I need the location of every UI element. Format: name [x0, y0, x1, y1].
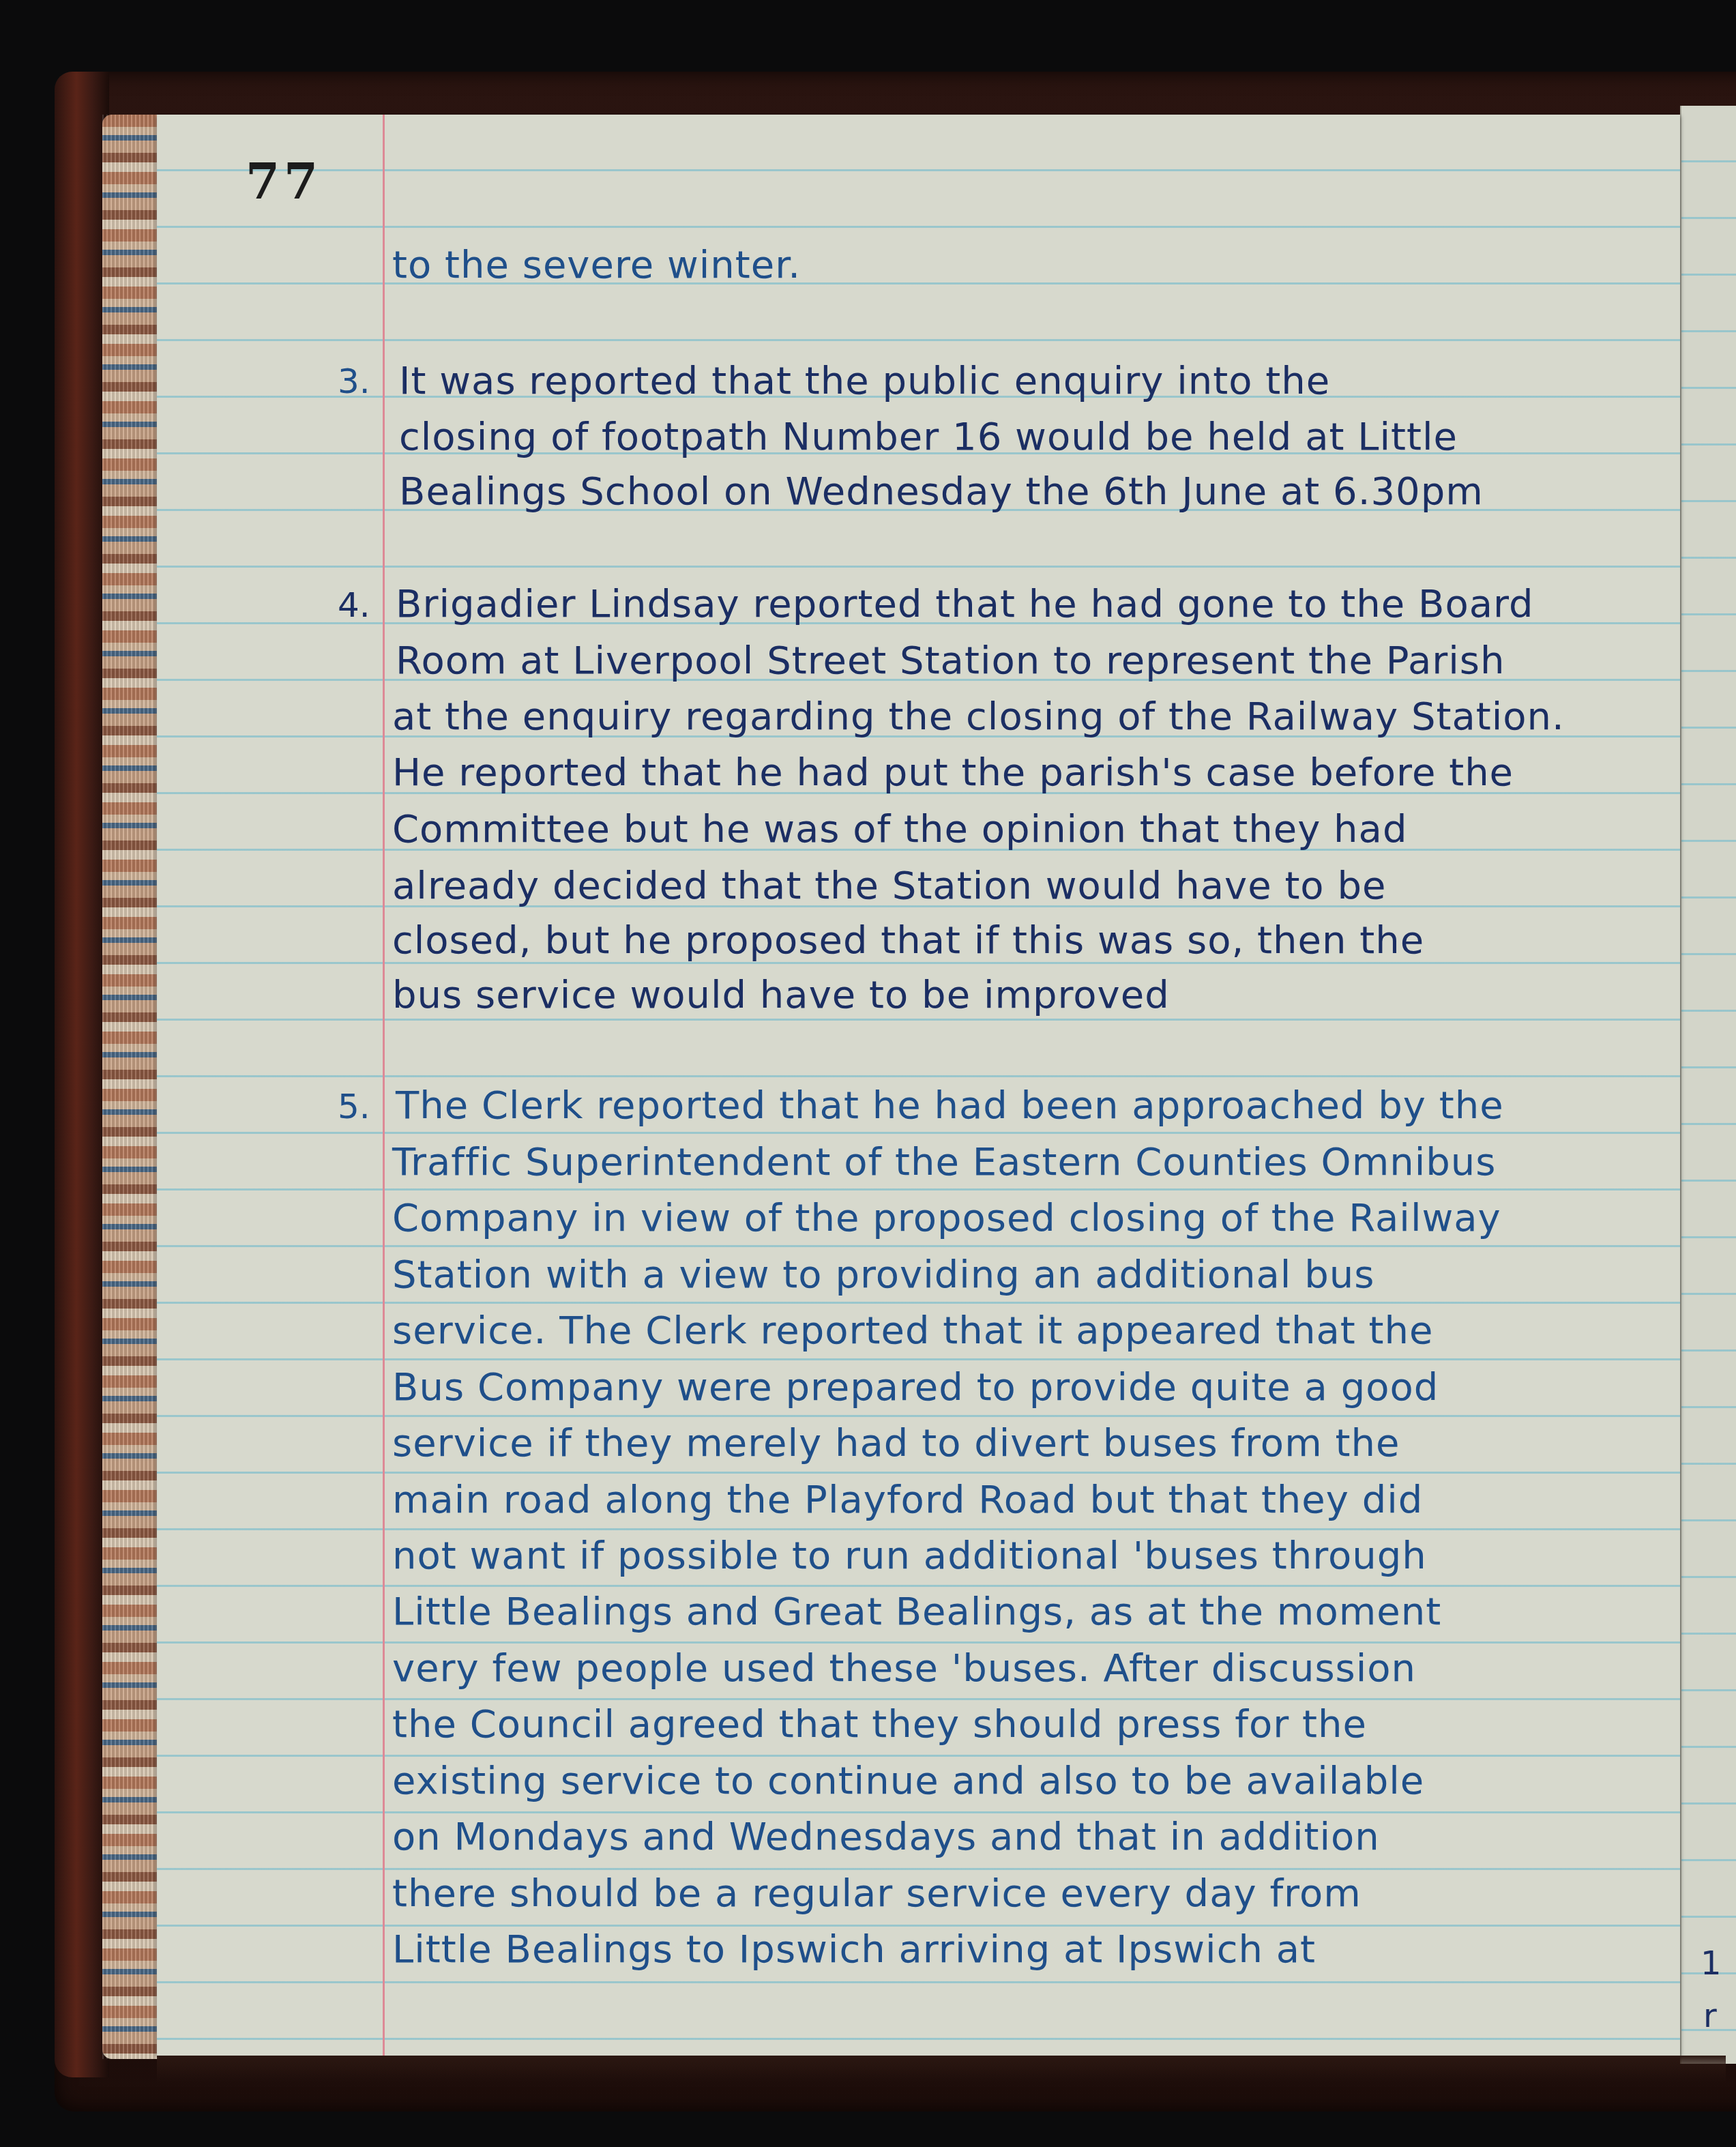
marbled-page-edges [102, 115, 158, 2059]
text-line: He reported that he had put the parish's… [392, 750, 1514, 795]
text-line: bus service would have to be improved [392, 973, 1170, 1017]
text-line: already decided that the Station would h… [392, 864, 1386, 908]
text-line: not want if possible to run additional '… [392, 1534, 1427, 1578]
next-page-edge: 1 r [1680, 106, 1736, 2064]
text-line: service. The Clerk reported that it appe… [392, 1309, 1433, 1353]
text-line: It was reported that the public enquiry … [399, 359, 1330, 403]
text-line: Room at Liverpool Street Station to repr… [396, 639, 1505, 683]
item-number: 4. [338, 585, 370, 625]
text-line: The Clerk reported that he had been appr… [396, 1083, 1504, 1128]
text-line: Traffic Superintendent of the Eastern Co… [392, 1140, 1496, 1184]
item-number: 3. [338, 362, 370, 401]
next-page-fragment: r [1703, 1997, 1717, 2035]
text-line: the Council agreed that they should pres… [392, 1702, 1367, 1747]
text-line: at the enquiry regarding the closing of … [392, 695, 1565, 739]
text-line: service if they merely had to divert bus… [392, 1421, 1400, 1465]
cover-spine-edge [55, 72, 109, 2077]
item-number: 5. [338, 1087, 370, 1126]
text-line: to the severe winter. [392, 243, 801, 287]
text-line: Committee but he was of the opinion that… [392, 807, 1407, 851]
text-line: Brigadier Lindsay reported that he had g… [396, 582, 1534, 626]
text-line: existing service to continue and also to… [392, 1759, 1424, 1803]
minutes-text: to the severe winter. 3. It was reported… [157, 115, 1680, 2056]
text-line: closing of footpath Number 16 would be h… [399, 415, 1458, 459]
text-line: there should be a regular service every … [392, 1871, 1362, 1916]
text-line: closed, but he proposed that if this was… [392, 918, 1424, 963]
text-line: Station with a view to providing an addi… [392, 1253, 1374, 1297]
text-line: Little Bealings and Great Bealings, as a… [392, 1590, 1441, 1634]
notebook-page: 77 to the severe winter. 3. It was repor… [157, 115, 1680, 2056]
text-line: Bus Company were prepared to provide qui… [392, 1365, 1439, 1410]
text-line: very few people used these 'buses. After… [392, 1646, 1416, 1691]
text-line: on Mondays and Wednesdays and that in ad… [392, 1815, 1380, 1859]
text-line: Company in view of the proposed closing … [392, 1196, 1501, 1240]
next-page-ruling [1681, 106, 1736, 2064]
text-line: Bealings School on Wednesday the 6th Jun… [399, 469, 1484, 514]
text-line: main road along the Playford Road but th… [392, 1478, 1423, 1522]
next-page-fragment: 1 [1701, 1944, 1722, 1983]
cover-bottom-edge [157, 2056, 1726, 2083]
text-line: Little Bealings to Ipswich arriving at I… [392, 1927, 1316, 1972]
